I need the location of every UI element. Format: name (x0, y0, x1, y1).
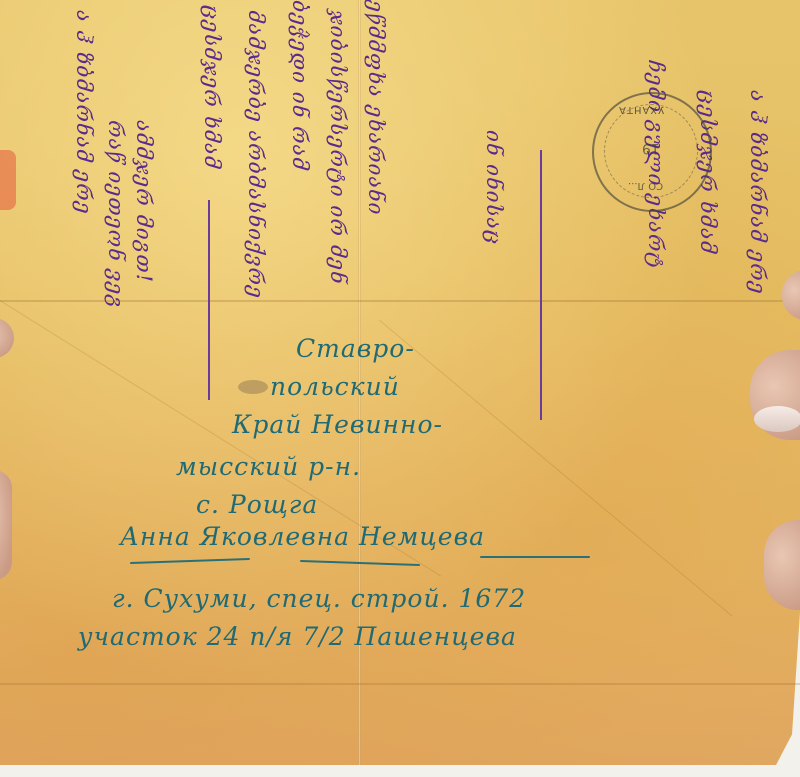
purple-underline-right (540, 150, 542, 420)
georgian-line-9: ინ ინისაც (482, 130, 506, 245)
georgian-line-8: ეწმმფხა ეხარიანი (364, 0, 388, 216)
georgian-line-3: ამმჯერ მიგთ! (132, 120, 156, 283)
address-line-1: Ставро- (296, 334, 415, 363)
address-line-2: польский (270, 372, 400, 401)
red-ink-mark (0, 150, 16, 210)
postmark-stamp: УХАНТА 19 СО Л... (592, 92, 712, 212)
address-line-7: г. Сухуми, спец. строй. 1672 (112, 584, 526, 613)
bottom-fold-line (0, 683, 800, 685)
address-line-5: с. Рощга (196, 490, 318, 519)
address-line-6: Анна Яковлевна Немцева (120, 522, 485, 551)
postmark-date: 19 (642, 140, 660, 156)
address-underline-3 (480, 556, 590, 558)
georgian-line-12: ა ჰ ზბმარნამ ერე (746, 90, 770, 295)
postmark-town: УХАНТА (618, 104, 664, 115)
left-fingertip-bottom (0, 470, 12, 580)
georgian-line-4: ცესმჯერ ხმამ (200, 5, 224, 169)
georgian-line-6: ბეჭედი ინ რამ (288, 0, 312, 171)
georgian-line-2: რაწ იეთეონ ვეგ (104, 120, 128, 309)
georgian-line-1: ა ჰ ზბმარნამ ერე (72, 10, 96, 215)
postmark-bottom-text: СО Л... (628, 180, 663, 191)
address-line-4: мысский р-н. (176, 452, 361, 481)
georgian-line-7: ჯიბისწერსერტი ირ მენ (326, 10, 350, 285)
fingernail (754, 406, 800, 432)
purple-underline-left (208, 200, 210, 400)
georgian-line-5: მამჯერბე არბმასნიქვრე (244, 10, 268, 299)
address-line-8: участок 24 п/я 7/2 Пашенцева (78, 622, 517, 651)
ink-smudge (238, 380, 268, 394)
address-line-3: Край Невинно- (232, 410, 443, 439)
